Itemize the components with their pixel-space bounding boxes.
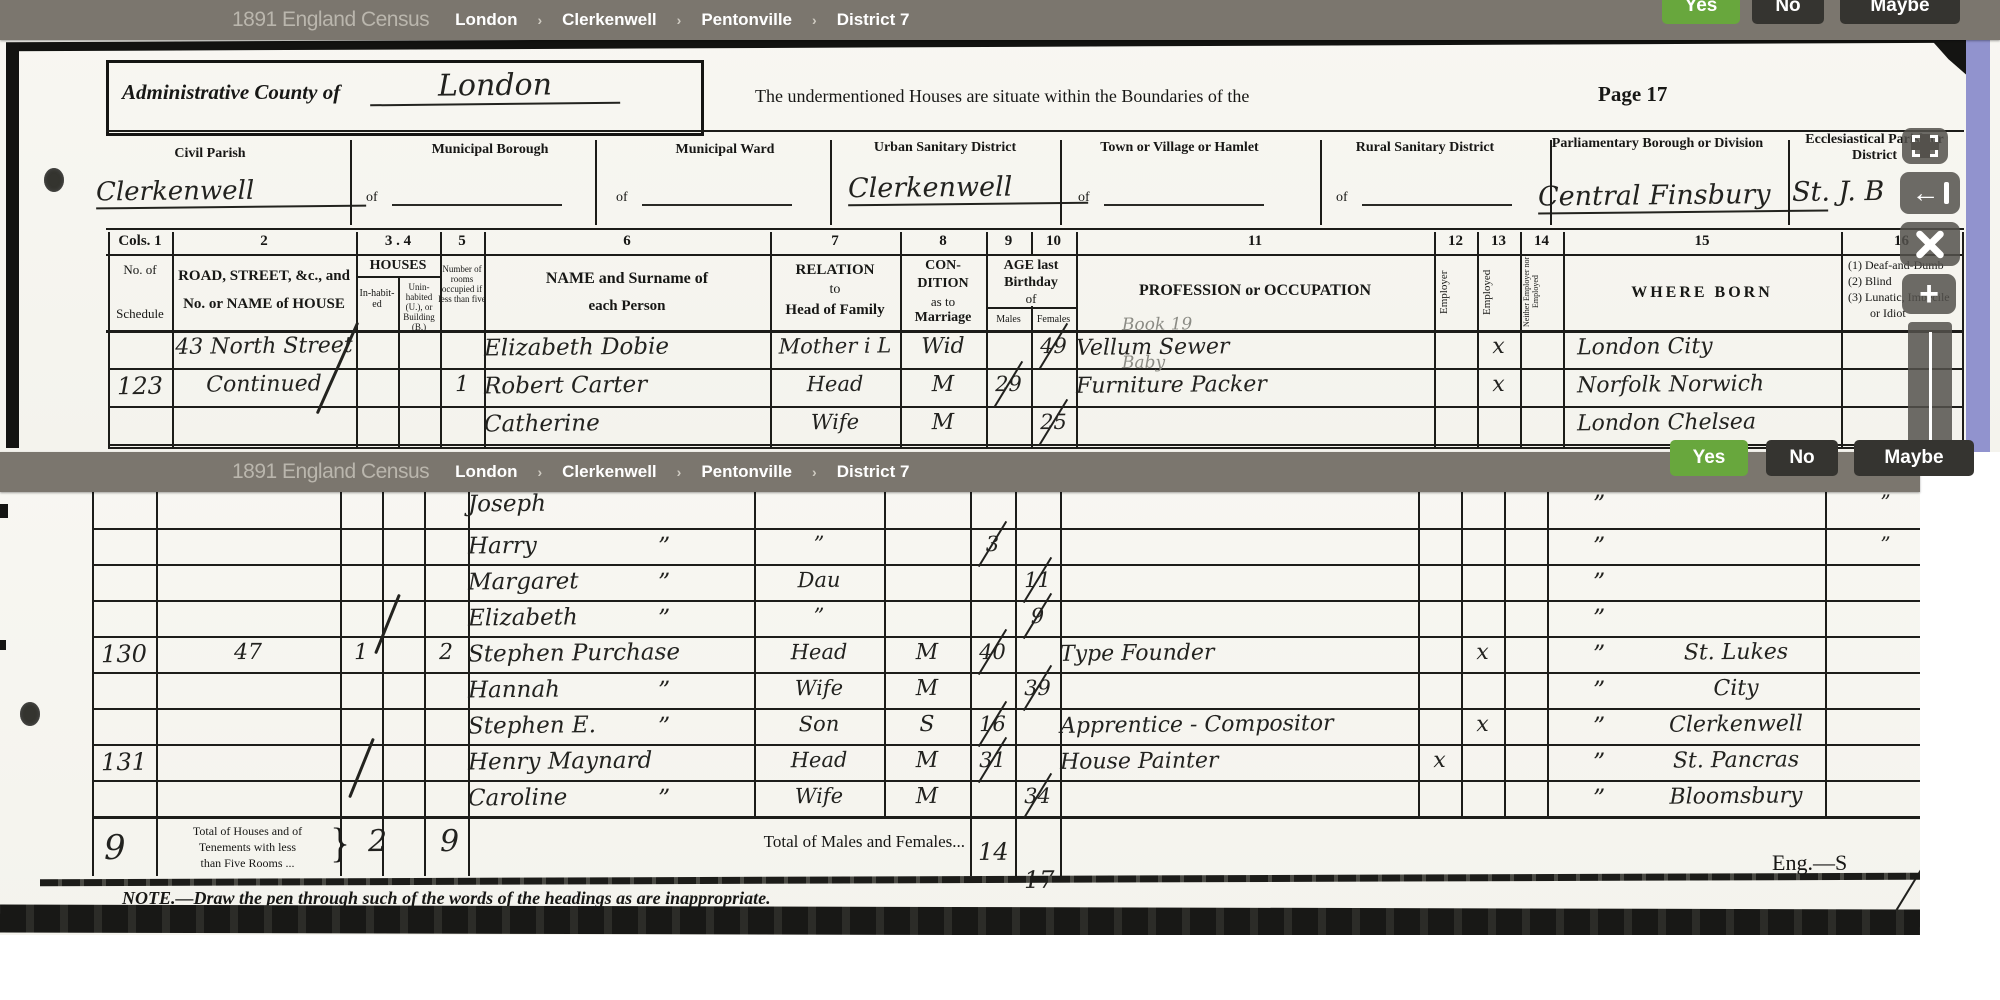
cell-name: Henry Maynard	[468, 747, 754, 776]
yes-button[interactable]: Yes	[1662, 0, 1740, 24]
cell-occupation: Furniture Packer	[1076, 370, 1434, 399]
cell-relation: Wife	[770, 409, 900, 434]
field-label-town-village: Town or Village or Hamlet	[1072, 140, 1287, 156]
colhead-employer: Employer	[1438, 258, 1474, 326]
breadcrumb-item-london[interactable]: London	[455, 462, 517, 482]
colhead-relation3: Head of Family	[770, 302, 900, 319]
breadcrumb-item-clerkenwell[interactable]: Clerkenwell	[562, 462, 657, 482]
cell-name_ditto: ”	[658, 532, 698, 560]
census-row: Harry””3””	[92, 528, 1920, 566]
colhead-employed: Employed	[1481, 258, 1517, 326]
cell-condition: M	[884, 748, 970, 774]
census-row: Stephen E.”SonS16Apprentice - Compositor…	[92, 708, 1920, 746]
census-image-top[interactable]: Administrative County of London The unde…	[0, 0, 2000, 452]
cell-name: Stephen E.	[468, 711, 754, 740]
col-number: 2	[172, 233, 356, 250]
colhead-relation1: RELATION	[770, 262, 900, 279]
colhead-profession: PROFESSION or OCCUPATION	[1076, 282, 1434, 300]
colhead-schedule: Schedule	[106, 306, 174, 322]
cell-condition: Wid	[900, 334, 986, 360]
panel-title: 1891 England Census	[232, 460, 429, 484]
cell-born: Clerkenwell	[1657, 711, 1815, 738]
table-line	[340, 816, 342, 876]
no-button[interactable]: No	[1752, 0, 1824, 24]
cell-born: St. Lukes	[1657, 639, 1815, 666]
colhead-relation2: to	[770, 282, 900, 298]
scroll-strip[interactable]	[1966, 30, 1990, 452]
col-number: 7	[770, 233, 900, 250]
cell-age_m: 16	[970, 712, 1015, 736]
cell-name_ditto: ”	[658, 676, 698, 704]
scan-edge-bottom	[0, 904, 1920, 935]
tools-icon[interactable]	[1900, 222, 1960, 266]
census-row: 1304712Stephen PurchaseHeadM40Type Found…	[92, 636, 1920, 674]
admin-county-value: London	[370, 67, 620, 107]
breadcrumb: London › Clerkenwell › Pentonville › Dis…	[455, 462, 909, 482]
hole-punch	[20, 702, 40, 726]
maybe-button[interactable]: Maybe	[1854, 440, 1974, 476]
colhead-no-of: No. of	[108, 262, 172, 278]
cell-relation: Head	[754, 747, 884, 772]
census-row: Elizabeth””9”	[92, 600, 1920, 638]
cell-relation: Son	[754, 711, 884, 736]
cell-name: Elizabeth	[468, 603, 754, 632]
field-prefix: of	[616, 190, 628, 206]
cell-born_ditto: ”	[1593, 532, 1627, 560]
breadcrumb-item-clerkenwell[interactable]: Clerkenwell	[562, 10, 657, 30]
arrow-glyph: ←	[1912, 177, 1940, 209]
field-value-parliamentary: Central Finsbury	[1538, 178, 1828, 214]
table-line	[1015, 816, 1017, 876]
cell-schedule: 130	[92, 640, 156, 669]
footer-right: Eng.—S	[1772, 850, 1847, 876]
fullscreen-icon[interactable]	[1902, 128, 1948, 164]
cell-name_ditto: ”	[658, 604, 698, 632]
totals-houses-line1: Total of Houses and of	[160, 824, 335, 839]
breadcrumb-item-pentonville[interactable]: Pentonville	[701, 462, 792, 482]
cell-born_ditto: ”	[1593, 568, 1627, 596]
boundary-text: The undermentioned Houses are situate wi…	[755, 86, 1415, 107]
cell-relation: Mother i L	[770, 333, 900, 358]
record-panel-top: Administrative County of London The unde…	[0, 0, 2000, 452]
cell-employed: x	[1461, 640, 1504, 665]
field-prefix: of	[366, 190, 378, 206]
census-row: Hannah”WifeM39”City	[92, 672, 1920, 710]
field-blank-line	[1104, 204, 1264, 206]
cell-condition: M	[884, 640, 970, 666]
cell-relation: ”	[754, 531, 884, 556]
cell-relation: Dau	[754, 567, 884, 592]
census-image-bottom[interactable]: 9 Total of Houses and of Tenements with …	[0, 452, 1920, 935]
panel-title: 1891 England Census	[232, 8, 429, 32]
table-line	[468, 816, 470, 876]
cell-schedule: 123	[108, 372, 172, 401]
colhead-where-born: WHERE BORN	[1563, 284, 1841, 302]
table-line	[970, 816, 972, 876]
cell-name: Caroline	[468, 783, 754, 812]
cell-employed: x	[1461, 712, 1504, 737]
colhead-name2: each Person	[484, 298, 770, 315]
field-label-urban-sanitary: Urban Sanitary District	[845, 140, 1045, 156]
record-panel-bottom: 9 Total of Houses and of Tenements with …	[0, 452, 1920, 935]
page-number: Page 17	[1598, 82, 1667, 107]
totals-males-females-label: Total of Males and Females...	[690, 832, 965, 852]
cell-condition: S	[884, 712, 970, 738]
cell-age_f: 49	[1031, 334, 1076, 358]
no-button[interactable]: No	[1766, 440, 1838, 476]
cell-age_f: 39	[1015, 676, 1060, 700]
table-line	[1060, 816, 1062, 876]
cell-name: Stephen Purchase	[468, 639, 754, 668]
chevron-right-icon: ›	[537, 464, 542, 480]
census-row: 43 North StreetElizabeth DobieMother i L…	[108, 330, 1962, 370]
colhead-age2: Birthday	[986, 275, 1076, 291]
col-number: 15	[1563, 233, 1841, 250]
cell-name_ditto: ”	[658, 712, 698, 740]
cell-condition: M	[900, 410, 986, 436]
chevron-right-icon: ›	[537, 12, 542, 28]
colhead-rooms: Number of rooms occupied if less than fi…	[438, 264, 486, 304]
cell-age_m: 31	[970, 748, 1015, 772]
cell-born_ditto: ”	[1593, 748, 1627, 776]
table-line	[424, 816, 426, 876]
cell-condition: M	[884, 784, 970, 810]
breadcrumb: London › Clerkenwell › Pentonville › Dis…	[455, 10, 909, 30]
cell-name: Hannah	[468, 675, 754, 704]
col-number: 14	[1520, 233, 1563, 250]
colhead-condition1: CON-	[900, 258, 986, 274]
total-schedules: 9	[104, 828, 126, 868]
cell-relation: Wife	[754, 675, 884, 700]
cell-born_ditto: ”	[1593, 604, 1627, 632]
cell-address: 47	[156, 639, 340, 666]
scan-edge-left	[6, 44, 19, 448]
chevron-right-icon: ›	[677, 12, 682, 28]
yes-button[interactable]: Yes	[1670, 440, 1748, 476]
cell-pencil: Baby	[1122, 351, 1322, 373]
cell-pencil: Book 19	[1122, 313, 1322, 335]
cell-born: St. Pancras	[1657, 747, 1815, 774]
census-row: 123Continued1Robert CarterHeadM29Furnitu…	[108, 368, 1962, 408]
chevron-right-icon: ›	[677, 464, 682, 480]
colhead-road2: No. or NAME of HOUSE	[172, 296, 356, 313]
colhead-condition4: Marriage	[900, 310, 986, 326]
col-number: Cols. 1	[108, 233, 172, 250]
zoom-in-icon[interactable]: +	[1902, 274, 1956, 314]
census-review-app: Administrative County of London The unde…	[0, 0, 2000, 1000]
cell-born16: ”	[1825, 531, 1920, 556]
breadcrumb-item-district[interactable]: District 7	[837, 10, 910, 30]
col-number: 8	[900, 233, 986, 250]
field-label-municipal-borough: Municipal Borough	[390, 142, 590, 158]
cell-relation: Head	[770, 371, 900, 396]
cell-occupation: Type Founder	[1060, 638, 1418, 667]
cell-employed: x	[1477, 334, 1520, 359]
field-blank-line	[392, 204, 562, 206]
census-row: Caroline”WifeM34”Bloomsbury	[92, 780, 1920, 818]
field-label-rural-sanitary: Rural Sanitary District	[1330, 140, 1520, 156]
cell-born: London Chelsea	[1577, 409, 1835, 437]
back-arrow-icon[interactable]: ←	[1900, 172, 1960, 214]
colhead-condition3: as to	[900, 294, 986, 310]
chevron-right-icon: ›	[812, 464, 817, 480]
cell-condition: M	[884, 676, 970, 702]
cell-name: Joseph	[468, 489, 754, 518]
cell-condition: M	[900, 372, 986, 398]
field-value-civil-parish: Clerkenwell	[96, 175, 366, 210]
field-prefix: of	[1336, 190, 1348, 206]
total-inhabited: 2	[368, 824, 387, 859]
colhead-houses: HOUSES	[356, 258, 440, 278]
col-number: 11	[1076, 233, 1434, 250]
zoom-slider-track	[1929, 332, 1932, 452]
cell-born_ditto: ”	[1593, 676, 1627, 704]
field-label-parliamentary: Parliamentary Borough or Division	[1550, 136, 1765, 152]
cell-age_m: 3	[970, 532, 1015, 556]
colhead-inhabited: In-habit-ed	[356, 288, 398, 310]
zoom-slider[interactable]	[1908, 322, 1952, 452]
col-number: 13	[1477, 233, 1520, 250]
field-value-urban-sanitary: Clerkenwell	[848, 171, 1088, 207]
colhead-females: Females	[1031, 314, 1076, 325]
totals-houses-line3: than Five Rooms ...	[160, 856, 335, 871]
cell-name: Margaret	[468, 567, 754, 596]
colhead-age1: AGE last	[986, 258, 1076, 274]
field-blank-line	[1362, 204, 1512, 206]
cell-born16: ”	[1825, 489, 1920, 514]
chevron-right-icon: ›	[812, 12, 817, 28]
colhead-name1: NAME and Surname of	[484, 270, 770, 288]
cell-name: Elizabeth Dobie	[484, 333, 770, 362]
maybe-button[interactable]: Maybe	[1840, 0, 1960, 24]
table-line	[1962, 232, 1964, 447]
col-number: 10	[1031, 233, 1076, 250]
admin-county-label: Administrative County of	[122, 80, 340, 105]
colhead-males: Males	[986, 314, 1031, 325]
colhead-condition2: DITION	[900, 276, 986, 292]
cell-relation: Head	[754, 639, 884, 664]
cell-age_f: 25	[1031, 410, 1076, 434]
cell-age_f: 11	[1015, 568, 1060, 592]
cell-occupation: Apprentice - Compositor	[1060, 710, 1418, 739]
cell-rooms: 1	[440, 372, 484, 397]
cell-age_f: 34	[1015, 784, 1060, 808]
table-line	[156, 816, 158, 876]
cell-relation: ”	[754, 603, 884, 628]
colhead-road1: ROAD, STREET, &c., and	[172, 268, 356, 285]
cell-rooms: 2	[424, 640, 468, 665]
panel-header-bar: 1891 England Census London › Clerkenwell…	[0, 452, 1920, 492]
cell-relation: Wife	[754, 783, 884, 808]
cell-born: London City	[1577, 333, 1835, 361]
colhead-neither: Neither Employer nor Employed	[1522, 256, 1562, 328]
hole-punch	[44, 168, 64, 192]
cell-name_ditto: ”	[658, 784, 698, 812]
census-row: Margaret”Dau11”	[92, 564, 1920, 602]
cell-age_m: 40	[970, 640, 1015, 664]
field-label-civil-parish: Civil Parish	[120, 146, 300, 162]
panel-header-bar: 1891 England Census London › Clerkenwell…	[0, 0, 2000, 40]
cell-employer: x	[1418, 748, 1461, 773]
cell-born_ditto: ”	[1593, 490, 1627, 518]
breadcrumb-item-london[interactable]: London	[455, 10, 517, 30]
cell-born: Bloomsbury	[1657, 783, 1815, 810]
totals-houses-line2: Tenements with less	[160, 840, 335, 855]
cell-name: Robert Carter	[484, 371, 770, 400]
cell-name: Catherine	[484, 409, 770, 438]
col-number: 6	[484, 233, 770, 250]
cell-born_ditto: ”	[1593, 784, 1627, 812]
breadcrumb-item-district[interactable]: District 7	[837, 462, 910, 482]
cell-schedule: 131	[92, 748, 156, 777]
cell-occupation: House Painter	[1060, 746, 1418, 775]
cell-born_ditto: ”	[1593, 712, 1627, 740]
breadcrumb-item-pentonville[interactable]: Pentonville	[701, 10, 792, 30]
col-number: 9	[986, 233, 1031, 250]
cell-born_ditto: ”	[1593, 640, 1627, 668]
cell-age_f: 9	[1015, 604, 1060, 628]
cell-age_m: 29	[986, 372, 1031, 396]
cell-born: Norfolk Norwich	[1577, 371, 1835, 399]
field-prefix: of	[1078, 190, 1090, 206]
cell-name: Harry	[468, 531, 754, 560]
cell-address: 43 North Street	[172, 333, 356, 360]
cell-employed: x	[1477, 372, 1520, 397]
cell-born: City	[1657, 675, 1815, 702]
field-label-municipal-ward: Municipal Ward	[640, 142, 810, 158]
colhead-uninhabited: Unin-habited (U.), or Building (B.)	[398, 282, 440, 332]
col-number: 3 . 4	[356, 233, 440, 250]
table-line	[382, 816, 384, 876]
field-blank-line	[642, 204, 792, 206]
cell-name_ditto: ”	[658, 568, 698, 596]
total-rooms: 9	[440, 824, 459, 859]
col-number: 12	[1434, 233, 1477, 250]
col-number: 5	[440, 233, 484, 250]
